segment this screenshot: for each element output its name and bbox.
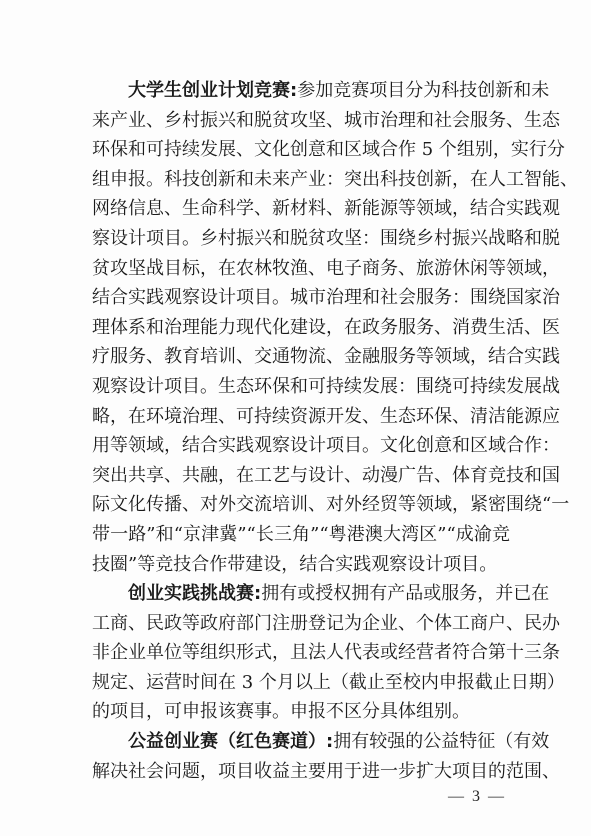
text-line: 际文化传播、对外交流培训、对外经贸等领域，紧密围绕“一 [92,490,510,520]
text-line: 创业实践挑战赛:拥有或授权拥有产品或服务，并已在 [92,579,510,609]
text-line: 环保和可持续发展、文化创意和区域合作 5 个组别，实行分 [92,135,510,165]
line-text: 组申报。科技创新和未来产业：突出科技创新，在人工智能、 [92,169,578,190]
text-line: 大学生创业计划竞赛:参加竞赛项目分为科技创新和未 [92,76,510,106]
line-text: 环保和可持续发展、文化创意和区域合作 5 个组别，实行分 [92,139,565,160]
text-line: 网络信息、生命科学、新材料、新能源等领域，结合实践观 [92,194,510,224]
line-text: 规定、运营时间在 3 个月以上（截止至校内申报截止日期） [92,672,565,693]
line-text: 理体系和治理能力现代化建设，在政务服务、消费生活、医 [92,317,560,338]
text-line: 工商、民政等政府部门注册登记为企业、个体工商户、民办 [92,609,510,639]
line-text: 技圈”等竞技合作带建设，结合实践观察设计项目。 [92,554,497,575]
document-body: 大学生创业计划竞赛:参加竞赛项目分为科技创新和未来产业、乡村振兴和脱贫攻坚、城市… [92,76,510,786]
text-line: 观察设计项目。生态环保和可持续发展：围绕可持续发展战 [92,372,510,402]
text-line: 技圈”等竞技合作带建设，结合实践观察设计项目。 [92,550,510,580]
section-heading: 公益创业赛（红色赛道）: [128,731,333,752]
section-heading: 创业实践挑战赛: [128,583,261,604]
line-text: 拥有较强的公益特征（有效 [333,731,549,752]
line-text: 疗服务、教育培训、交通物流、金融服务等领域，结合实践 [92,346,560,367]
text-line: 带一路”和“京津冀”“长三角”“粤港澳大湾区”“成渝竞 [92,520,510,550]
line-text: 突出共享、共融，在工艺与设计、动漫广告、体育竞技和国 [92,465,560,486]
text-line: 组申报。科技创新和未来产业：突出科技创新，在人工智能、 [92,165,510,195]
line-text: 察设计项目。乡村振兴和脱贫攻坚：围绕乡村振兴战略和脱 [92,228,560,249]
text-line: 用等领域，结合实践观察设计项目。文化创意和区域合作： [92,431,510,461]
line-text: 非企业单位等组织形式，且法人代表或经营者符合第十三条 [92,642,560,663]
line-text: 工商、民政等政府部门注册登记为企业、个体工商户、民办 [92,613,560,634]
line-text: 带一路”和“京津冀”“长三角”“粤港澳大湾区”“成渝竞 [92,524,510,545]
line-text: 观察设计项目。生态环保和可持续发展：围绕可持续发展战 [92,376,560,397]
line-text: 结合实践观察设计项目。城市治理和社会服务：围绕国家治 [92,287,560,308]
line-text: 拥有或授权拥有产品或服务，并已在 [261,583,549,604]
text-line: 疗服务、教育培训、交通物流、金融服务等领域，结合实践 [92,342,510,372]
text-line: 非企业单位等组织形式，且法人代表或经营者符合第十三条 [92,638,510,668]
text-line: 察设计项目。乡村振兴和脱贫攻坚：围绕乡村振兴战略和脱 [92,224,510,254]
text-line: 结合实践观察设计项目。城市治理和社会服务：围绕国家治 [92,283,510,313]
text-line: 解决社会问题，项目收益主要用于进一步扩大项目的范围、 [92,757,510,787]
text-line: 略，在环境治理、可持续资源开发、生态环保、清洁能源应 [92,402,510,432]
line-text: 参加竞赛项目分为科技创新和未 [297,80,549,101]
text-line: 来产业、乡村振兴和脱贫攻坚、城市治理和社会服务、生态 [92,106,510,136]
text-line: 贫攻坚战目标，在农林牧渔、电子商务、旅游休闲等领域， [92,254,510,284]
line-text: 用等领域，结合实践观察设计项目。文化创意和区域合作： [92,435,560,456]
text-line: 公益创业赛（红色赛道）:拥有较强的公益特征（有效 [92,727,510,757]
line-text: 来产业、乡村振兴和脱贫攻坚、城市治理和社会服务、生态 [92,110,560,131]
document-page: 大学生创业计划竞赛:参加竞赛项目分为科技创新和未来产业、乡村振兴和脱贫攻坚、城市… [0,0,591,836]
text-line: 规定、运营时间在 3 个月以上（截止至校内申报截止日期） [92,668,510,698]
line-text: 贫攻坚战目标，在农林牧渔、电子商务、旅游休闲等领域， [92,258,560,279]
text-line: 的项目，可申报该赛事。申报不区分具体组别。 [92,697,510,727]
line-text: 际文化传播、对外交流培训、对外经贸等领域，紧密围绕“一 [92,494,569,515]
section-heading: 大学生创业计划竞赛: [128,80,297,101]
text-line: 突出共享、共融，在工艺与设计、动漫广告、体育竞技和国 [92,461,510,491]
line-text: 略，在环境治理、可持续资源开发、生态环保、清洁能源应 [92,406,560,427]
line-text: 的项目，可申报该赛事。申报不区分具体组别。 [92,701,470,722]
line-text: 解决社会问题，项目收益主要用于进一步扩大项目的范围、 [92,761,560,782]
page-number: — 3 — [448,788,506,806]
line-text: 网络信息、生命科学、新材料、新能源等领域，结合实践观 [92,198,560,219]
text-line: 理体系和治理能力现代化建设，在政务服务、消费生活、医 [92,313,510,343]
